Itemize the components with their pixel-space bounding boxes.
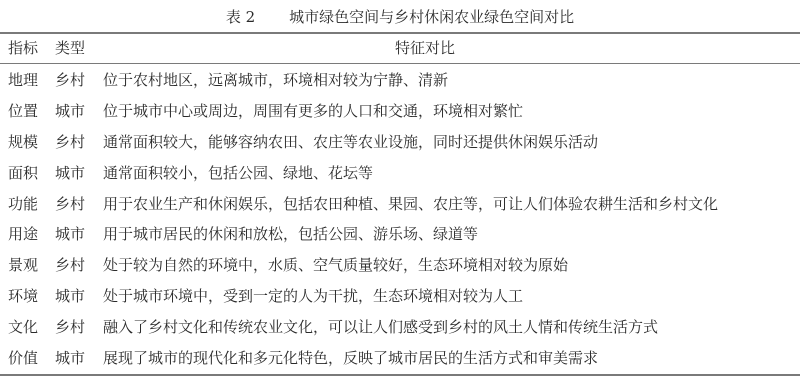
indicator-cell: 环境 — [8, 281, 38, 312]
feature-cell: 展现了城市的现代化和多元化特色，反映了城市居民的生活方式和审美需求 — [103, 343, 598, 374]
table-body: 地理 乡村 位于农村地区，远离城市，环境相对较为宁静、清新 位置 城市 位于城市… — [0, 65, 800, 374]
type-cell: 城市 — [55, 219, 85, 250]
table-row: 景观 乡村 处于较为自然的环境中，水质、空气质量较好，生态环境相对较为原始 — [0, 250, 800, 281]
feature-cell: 用于城市居民的休闲和放松，包括公园、游乐场、绿道等 — [103, 219, 478, 250]
type-cell: 乡村 — [55, 65, 85, 96]
table-row: 位置 城市 位于城市中心或周边，周围有更多的人口和交通，环境相对繁忙 — [0, 96, 800, 127]
table-caption: 表 2城市绿色空间与乡村休闲农业绿色空间对比 — [0, 4, 800, 30]
table-row: 文化 乡村 融入了乡村文化和传统农业文化，可以让人们感受到乡村的风土人情和传统生… — [0, 312, 800, 343]
type-cell: 城市 — [55, 281, 85, 312]
feature-cell: 位于城市中心或周边，周围有更多的人口和交通，环境相对繁忙 — [103, 96, 523, 127]
feature-cell: 通常面积较小，包括公园、绿地、花坛等 — [103, 158, 373, 189]
table-header: 指标 类型 特征对比 — [0, 34, 800, 63]
indicator-cell: 文化 — [8, 312, 38, 343]
indicator-cell: 景观 — [8, 250, 38, 281]
type-cell: 乡村 — [55, 312, 85, 343]
header-rule — [0, 63, 800, 64]
feature-cell: 处于城市环境中，受到一定的人为干扰，生态环境相对较为人工 — [103, 281, 523, 312]
feature-cell: 用于农业生产和休闲娱乐，包括农田种植、果园、农庄等，可让人们体验农耕生活和乡村文… — [103, 189, 718, 220]
type-cell: 乡村 — [55, 189, 85, 220]
type-cell: 城市 — [55, 343, 85, 374]
header-type: 类型 — [55, 34, 85, 63]
indicator-cell: 规模 — [8, 127, 38, 158]
feature-cell: 处于较为自然的环境中，水质、空气质量较好，生态环境相对较为原始 — [103, 250, 568, 281]
table-number: 表 2 — [226, 8, 255, 26]
table-row: 功能 乡村 用于农业生产和休闲娱乐，包括农田种植、果园、农庄等，可让人们体验农耕… — [0, 189, 800, 220]
type-cell: 城市 — [55, 158, 85, 189]
feature-cell: 通常面积较大，能够容纳农田、农庄等农业设施，同时还提供休闲娱乐活动 — [103, 127, 598, 158]
feature-cell: 位于农村地区，远离城市，环境相对较为宁静、清新 — [103, 65, 448, 96]
feature-cell: 融入了乡村文化和传统农业文化，可以让人们感受到乡村的风土人情和传统生活方式 — [103, 312, 658, 343]
type-cell: 城市 — [55, 96, 85, 127]
indicator-cell: 功能 — [8, 189, 38, 220]
table-row: 价值 城市 展现了城市的现代化和多元化特色，反映了城市居民的生活方式和审美需求 — [0, 343, 800, 374]
indicator-cell: 位置 — [8, 96, 38, 127]
indicator-cell: 面积 — [8, 158, 38, 189]
table-row: 面积 城市 通常面积较小，包括公园、绿地、花坛等 — [0, 158, 800, 189]
type-cell: 乡村 — [55, 127, 85, 158]
header-indicator: 指标 — [8, 34, 38, 63]
table-row: 用途 城市 用于城市居民的休闲和放松，包括公园、游乐场、绿道等 — [0, 219, 800, 250]
bottom-rule — [0, 374, 800, 376]
table-row: 地理 乡村 位于农村地区，远离城市，环境相对较为宁静、清新 — [0, 65, 800, 96]
table-title: 城市绿色空间与乡村休闲农业绿色空间对比 — [289, 8, 574, 26]
indicator-cell: 用途 — [8, 219, 38, 250]
table-row: 规模 乡村 通常面积较大，能够容纳农田、农庄等农业设施，同时还提供休闲娱乐活动 — [0, 127, 800, 158]
indicator-cell: 地理 — [8, 65, 38, 96]
table-row: 环境 城市 处于城市环境中，受到一定的人为干扰，生态环境相对较为人工 — [0, 281, 800, 312]
type-cell: 乡村 — [55, 250, 85, 281]
indicator-cell: 价值 — [8, 343, 38, 374]
header-feature: 特征对比 — [395, 34, 455, 63]
